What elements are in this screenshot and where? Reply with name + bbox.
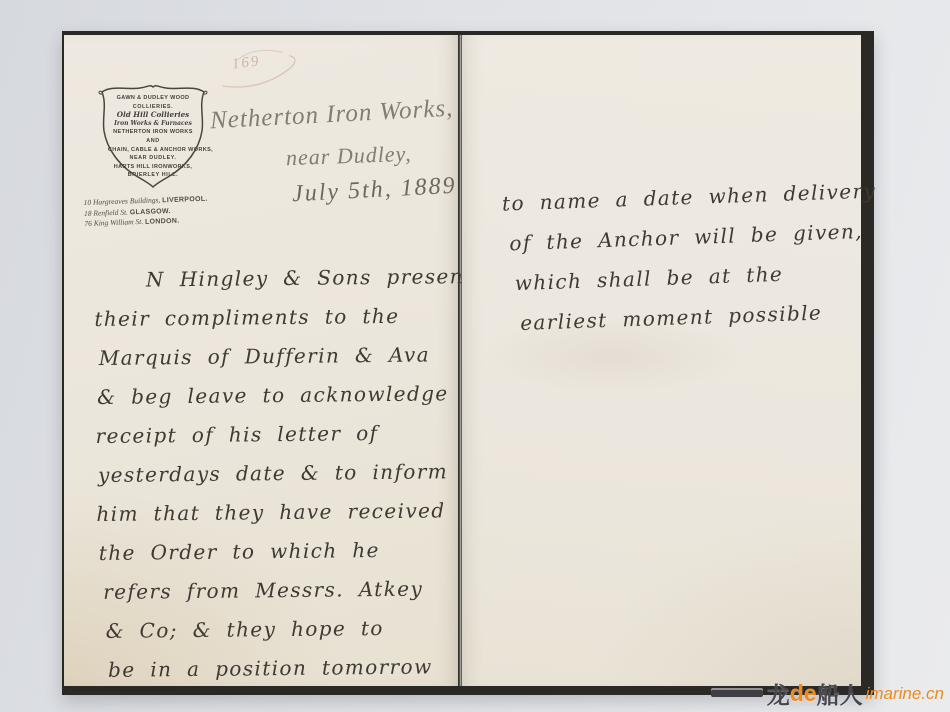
letter-left-page: 169 GAWN & DUDLEY WOOD COLLIERIES. Old H… xyxy=(64,35,458,686)
crest-line: Old Hill Collieries xyxy=(104,111,202,120)
watermark-bar-icon xyxy=(711,690,763,697)
watermark-de: de xyxy=(790,680,817,707)
crest-line: NETHERTON IRON WORKS xyxy=(108,129,198,137)
show-through-smudge xyxy=(488,313,798,408)
crest-line: GAWN & DUDLEY WOOD xyxy=(108,94,198,102)
crest-line: CHAIN, CABLE & ANCHOR WORKS, xyxy=(108,146,198,154)
handwritten-line: yesterdays date & to inform xyxy=(98,452,476,495)
crest-line: HARTS HILL IRONWORKS, xyxy=(108,163,198,171)
letter-frame: 169 GAWN & DUDLEY WOOD COLLIERIES. Old H… xyxy=(62,31,874,695)
letter-right-page: to name a date when delivery of the Anch… xyxy=(462,35,861,686)
letter-body-left: N Hingley & Sons present their complimen… xyxy=(94,257,478,690)
folio-number: 169 xyxy=(231,53,261,73)
handwritten-line: & beg leave to acknowledge xyxy=(97,374,475,417)
site-watermark: 龙 de 船人 imarine.cn xyxy=(711,677,944,710)
crest-line: BRIERLEY HILL. xyxy=(104,171,202,180)
crest-line: AND xyxy=(104,137,202,146)
handwritten-line: be in a position tomorrow xyxy=(108,647,478,690)
crest-line: NEAR DUDLEY. xyxy=(104,154,202,163)
handwritten-line: & Co; & they hope to xyxy=(105,608,477,651)
watermark-boatmen: 船人 xyxy=(817,677,863,710)
letterhead-place: Netherton Iron Works, xyxy=(209,95,454,136)
handwritten-line: receipt of his letter of xyxy=(95,413,475,456)
letterhead-sub-place: near Dudley, xyxy=(286,141,412,171)
letter-spread: 169 GAWN & DUDLEY WOOD COLLIERIES. Old H… xyxy=(64,35,861,686)
handwritten-line: their compliments to the xyxy=(94,296,474,339)
handwritten-line: Marquis of Dufferin & Ava xyxy=(99,335,475,378)
handwritten-line: N Hingley & Sons present xyxy=(146,257,474,299)
letterhead-addresses: 10 Hargreaves Buildings, LIVERPOOL. 18 R… xyxy=(84,192,255,229)
handwritten-line: the Order to which he xyxy=(99,530,477,573)
handwritten-line: refers from Messrs. Atkey xyxy=(103,569,477,612)
crest-line: Iron Works & Furnaces xyxy=(104,120,202,129)
watermark-dragon: 龙 xyxy=(767,677,790,710)
folio-flourish-icon xyxy=(212,42,308,95)
letterhead-date: July 5th, 1889 xyxy=(291,173,457,209)
photo-background: 169 GAWN & DUDLEY WOOD COLLIERIES. Old H… xyxy=(0,0,950,712)
letterhead-crest: GAWN & DUDLEY WOOD COLLIERIES. Old Hill … xyxy=(92,81,214,191)
crest-text: GAWN & DUDLEY WOOD COLLIERIES. Old Hill … xyxy=(104,94,202,180)
handwritten-line: him that they have received xyxy=(96,491,476,534)
watermark-site: imarine.cn xyxy=(866,684,944,704)
